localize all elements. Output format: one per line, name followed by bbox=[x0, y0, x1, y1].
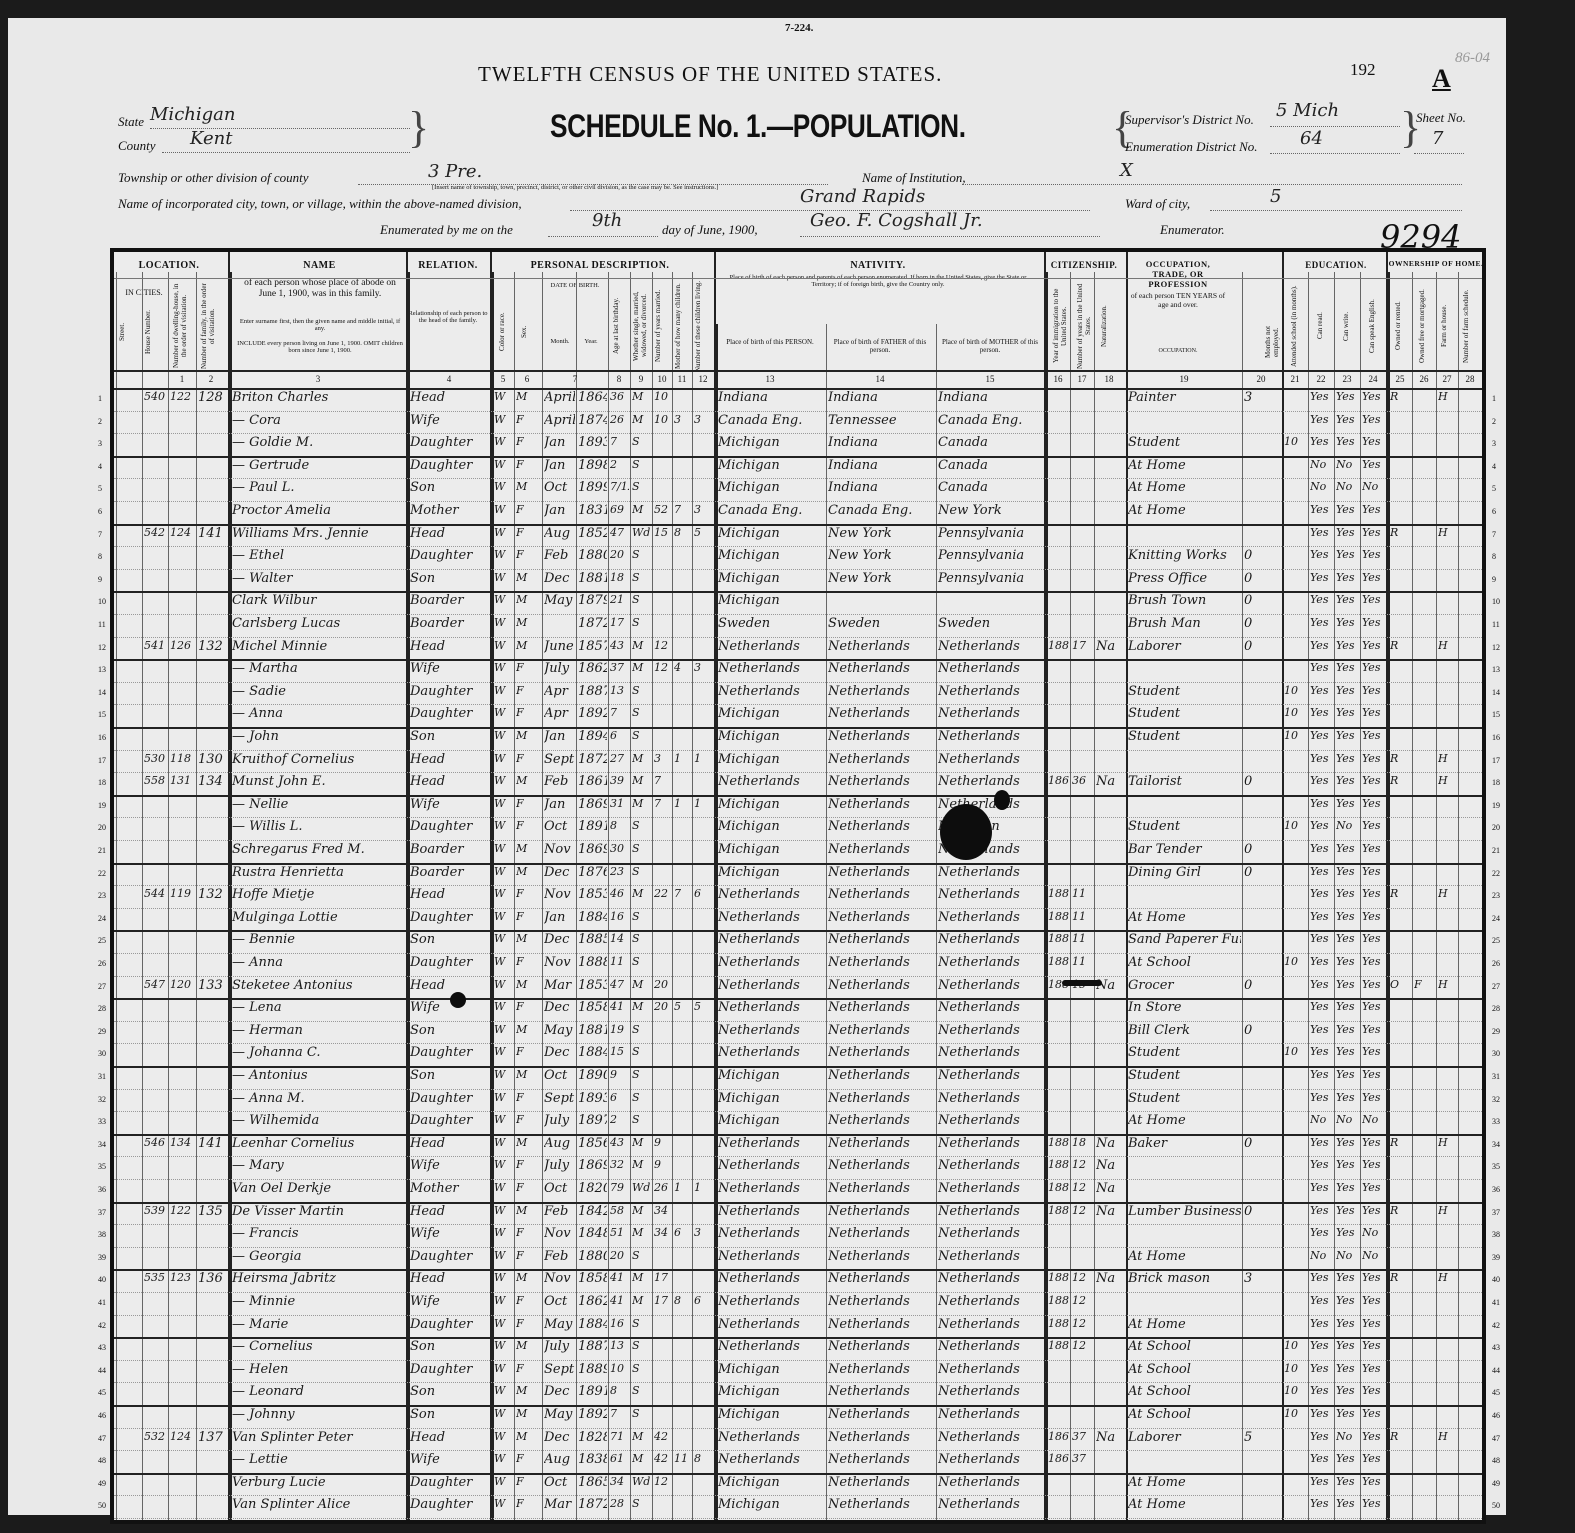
cell-age: 17 bbox=[610, 616, 629, 629]
cell-sex: F bbox=[516, 413, 539, 426]
enumerated-label-2: day of June, 1900, bbox=[662, 222, 758, 238]
cell-house: 544 bbox=[144, 887, 167, 900]
cell-mar: M bbox=[632, 1000, 651, 1013]
table-row: — WilhemidaDaughterWFJuly18972SMichiganN… bbox=[114, 1111, 1482, 1134]
cell-month: June bbox=[544, 639, 575, 654]
cell-write: Yes bbox=[1336, 1362, 1359, 1375]
cell-age: 23 bbox=[610, 865, 629, 878]
cell-house: 542 bbox=[144, 526, 167, 539]
cell-bp: Netherlands bbox=[718, 1136, 823, 1151]
cell-school: 10 bbox=[1284, 1045, 1307, 1058]
cell-mar: S bbox=[632, 616, 651, 629]
cell-bm: Netherlands bbox=[938, 1000, 1043, 1015]
cell-name: — Anna bbox=[232, 955, 405, 970]
table-row: — JohnSonWMJan18946SMichiganNetherlandsN… bbox=[114, 727, 1482, 750]
cell-read: Yes bbox=[1310, 1317, 1333, 1330]
line-number: 35 bbox=[1492, 1162, 1500, 1171]
cell-read: Yes bbox=[1310, 1475, 1333, 1488]
cell-month: April bbox=[544, 413, 575, 428]
township-note: [Insert name of township, town, precinct… bbox=[432, 184, 718, 191]
line-number-left: 15 bbox=[98, 710, 106, 719]
cell-bf: Netherlands bbox=[828, 887, 933, 902]
line-number: 44 bbox=[1492, 1366, 1500, 1375]
vheader-years-us: Number of years in the United States. bbox=[1076, 280, 1092, 372]
cell-age: 6 bbox=[610, 1091, 629, 1104]
line-number-left: 32 bbox=[98, 1095, 106, 1104]
cell-year: 1865 bbox=[578, 1475, 607, 1490]
cell-color: W bbox=[494, 1249, 513, 1262]
cell-read: Yes bbox=[1310, 1204, 1333, 1217]
cell-read: Yes bbox=[1310, 1430, 1333, 1443]
cell-own: R bbox=[1390, 390, 1411, 403]
cell-write: Yes bbox=[1336, 1226, 1359, 1239]
cell-yrs: 12 bbox=[1072, 1181, 1093, 1194]
cell-year: 1869 bbox=[578, 842, 607, 857]
line-number: 38 bbox=[1492, 1230, 1500, 1239]
vheader-immigration: Year of immigration to the United States… bbox=[1052, 280, 1068, 372]
cell-bf: New York bbox=[828, 548, 933, 563]
cell-color: W bbox=[494, 571, 513, 584]
cell-bf: Netherlands bbox=[828, 865, 933, 880]
cell-age: 7 bbox=[610, 706, 629, 719]
cell-read: No bbox=[1310, 1113, 1333, 1126]
cell-fam: 134 bbox=[198, 774, 225, 789]
cell-write: Yes bbox=[1336, 503, 1359, 516]
line-number-left: 29 bbox=[98, 1027, 106, 1036]
cell-name: — Mary bbox=[232, 1158, 405, 1173]
cell-year: 1881 bbox=[578, 571, 607, 586]
cell-name: — Walter bbox=[232, 571, 405, 586]
cell-ym: 15 bbox=[654, 526, 671, 539]
cell-write: Yes bbox=[1336, 616, 1359, 629]
cell-read: Yes bbox=[1310, 1000, 1333, 1013]
cell-fh: H bbox=[1438, 978, 1457, 991]
line-number: 25 bbox=[1492, 936, 1500, 945]
cell-mar: M bbox=[632, 774, 651, 787]
cell-bf: Netherlands bbox=[828, 1294, 933, 1309]
column-number: 19 bbox=[1126, 374, 1242, 384]
header-occupation-col: OCCUPATION. bbox=[1130, 348, 1226, 355]
cell-read: Yes bbox=[1310, 548, 1333, 561]
header-birth-person: Place of birth of this PERSON. bbox=[716, 338, 824, 346]
cell-age: 9 bbox=[610, 1068, 629, 1081]
cell-yrs: 11 bbox=[1072, 932, 1093, 945]
cell-occ: Knitting Works bbox=[1128, 548, 1241, 563]
cell-bp: Netherlands bbox=[718, 955, 823, 970]
line-number-left: 41 bbox=[98, 1298, 106, 1307]
ink-smear bbox=[1062, 980, 1102, 986]
cell-color: W bbox=[494, 797, 513, 810]
line-number: 46 bbox=[1492, 1411, 1500, 1420]
cell-bp: Michigan bbox=[718, 1384, 823, 1399]
cell-bf: Sweden bbox=[828, 616, 933, 631]
cell-color: W bbox=[494, 887, 513, 900]
cell-color: W bbox=[494, 413, 513, 426]
cell-fam: 135 bbox=[198, 1204, 225, 1219]
cell-bf: Indiana bbox=[828, 480, 933, 495]
cell-age: 41 bbox=[610, 1294, 629, 1307]
cell-write: Yes bbox=[1336, 1497, 1359, 1510]
cell-occ: Brick mason bbox=[1128, 1271, 1241, 1286]
cell-rel: Daughter bbox=[410, 1249, 489, 1264]
header-year: Year. bbox=[576, 338, 606, 345]
line-number-left: 34 bbox=[98, 1140, 106, 1149]
cell-bp: Netherlands bbox=[718, 1000, 823, 1015]
cell-mar: S bbox=[632, 1317, 651, 1330]
cell-year: 1898 bbox=[578, 458, 607, 473]
cell-house: 546 bbox=[144, 1136, 167, 1149]
cell-sex: F bbox=[516, 1226, 539, 1239]
line-number-left: 47 bbox=[98, 1434, 106, 1443]
table-row: — HelenDaughterWFSept188910SMichiganNeth… bbox=[114, 1360, 1482, 1383]
line-number-left: 2 bbox=[98, 417, 102, 426]
cell-fam: 128 bbox=[198, 390, 225, 405]
cell-name: Van Splinter Alice bbox=[232, 1497, 405, 1512]
cell-read: Yes bbox=[1310, 842, 1333, 855]
cell-ym: 26 bbox=[654, 1181, 671, 1194]
cell-age: 46 bbox=[610, 887, 629, 900]
header-nativity-desc: Place of birth of each person and parent… bbox=[720, 274, 1036, 289]
cell-mar: M bbox=[632, 413, 651, 426]
cell-sex: F bbox=[516, 503, 539, 516]
cell-rel: Daughter bbox=[410, 955, 489, 970]
cell-eng: Yes bbox=[1362, 1430, 1385, 1443]
cell-name: — Johnny bbox=[232, 1407, 405, 1422]
cell-yrs: 12 bbox=[1072, 1294, 1093, 1307]
cell-color: W bbox=[494, 955, 513, 968]
vheader-naturalization: Naturalization. bbox=[1100, 280, 1108, 372]
cell-eng: Yes bbox=[1362, 593, 1385, 606]
cell-fh: H bbox=[1438, 752, 1457, 765]
cell-sex: F bbox=[516, 1158, 539, 1171]
cell-mar: M bbox=[632, 978, 651, 991]
cell-rel: Head bbox=[410, 1204, 489, 1219]
cell-year: 1894 bbox=[578, 729, 607, 744]
cell-year: 1820 bbox=[578, 1181, 607, 1196]
table-row: — NellieWifeWFJan186931M711MichiganNethe… bbox=[114, 795, 1482, 818]
cell-occ: Student bbox=[1128, 435, 1241, 450]
cell-eng: Yes bbox=[1362, 1000, 1385, 1013]
cell-read: No bbox=[1310, 480, 1333, 493]
cell-name: — Johanna C. bbox=[232, 1045, 405, 1060]
cell-year: 1861 bbox=[578, 774, 607, 789]
cell-occ: Bill Clerk bbox=[1128, 1023, 1241, 1038]
cell-eng: Yes bbox=[1362, 910, 1385, 923]
cell-fh: H bbox=[1438, 1204, 1457, 1217]
line-number: 19 bbox=[1492, 801, 1500, 810]
cell-color: W bbox=[494, 684, 513, 697]
cell-write: No bbox=[1336, 458, 1359, 471]
cell-age: 69 bbox=[610, 503, 629, 516]
cell-bp: Netherlands bbox=[718, 661, 823, 676]
cell-bf: Netherlands bbox=[828, 1000, 933, 1015]
column-number: 5 bbox=[492, 374, 514, 384]
cell-dw: 124 bbox=[170, 1430, 195, 1443]
cell-occ: At Home bbox=[1128, 1475, 1241, 1490]
cell-unemp: 0 bbox=[1244, 1136, 1279, 1151]
cell-occ: Brush Man bbox=[1128, 616, 1241, 631]
ink-blot-small-2 bbox=[450, 992, 466, 1008]
cell-write: Yes bbox=[1336, 955, 1359, 968]
cell-read: Yes bbox=[1310, 503, 1333, 516]
cell-month: May bbox=[544, 1023, 575, 1038]
line-number-left: 12 bbox=[98, 643, 106, 652]
cell-write: No bbox=[1336, 480, 1359, 493]
cell-mo: 7 bbox=[674, 887, 691, 900]
cell-bm: Netherlands bbox=[938, 1294, 1043, 1309]
institution-value: X bbox=[1120, 160, 1133, 181]
cell-write: Yes bbox=[1336, 548, 1359, 561]
header-ownership: OWNERSHIP OF HOME. bbox=[1388, 260, 1484, 269]
cell-ch: 3 bbox=[694, 661, 713, 674]
cell-age: 2 bbox=[610, 1113, 629, 1126]
column-number: 18 bbox=[1094, 374, 1124, 384]
line-number-left: 8 bbox=[98, 552, 102, 561]
cell-bf: Netherlands bbox=[828, 752, 933, 767]
enumerated-day: 9th bbox=[592, 210, 622, 231]
cell-ym: 12 bbox=[654, 1475, 671, 1488]
cell-mo: 1 bbox=[674, 752, 691, 765]
line-number: 7 bbox=[1492, 530, 1496, 539]
table-row: — CorneliusSonWMJuly188713SNetherlandsNe… bbox=[114, 1337, 1482, 1360]
cell-sex: F bbox=[516, 458, 539, 471]
enumerator-line bbox=[800, 236, 1100, 237]
institution-line bbox=[962, 184, 1462, 185]
cell-read: Yes bbox=[1310, 797, 1333, 810]
line-number-left: 44 bbox=[98, 1366, 106, 1375]
cell-age: 79 bbox=[610, 1181, 629, 1194]
cell-bp: Michigan bbox=[718, 548, 823, 563]
line-number-left: 40 bbox=[98, 1275, 106, 1284]
cell-eng: Yes bbox=[1362, 1339, 1385, 1352]
cell-bf: Netherlands bbox=[828, 639, 933, 654]
cell-bf: Netherlands bbox=[828, 819, 933, 834]
line-number: 45 bbox=[1492, 1388, 1500, 1397]
header-birth-mother: Place of birth of MOTHER of this person. bbox=[936, 338, 1044, 354]
column-number: 15 bbox=[936, 374, 1044, 384]
cell-year: 1831 bbox=[578, 503, 607, 518]
city-label: Name of incorporated city, town, or vill… bbox=[118, 196, 522, 212]
cell-sex: F bbox=[516, 1249, 539, 1262]
cell-rel: Head bbox=[410, 774, 489, 789]
vheader-house: House Number. bbox=[144, 292, 152, 372]
table-row: — GertrudeDaughterWFJan18982SMichiganInd… bbox=[114, 456, 1482, 479]
cell-house: 541 bbox=[144, 639, 167, 652]
cell-age: 41 bbox=[610, 1000, 629, 1013]
cell-color: W bbox=[494, 1204, 513, 1217]
cell-year: 1891 bbox=[578, 1384, 607, 1399]
table-row: Proctor AmeliaMotherWFJan183169M5273Cana… bbox=[114, 501, 1482, 524]
vheader-children-living: Number of these children living. bbox=[694, 280, 702, 372]
cell-bm: Netherlands bbox=[938, 1271, 1043, 1286]
cell-bm: Netherlands bbox=[938, 1113, 1043, 1128]
cell-read: Yes bbox=[1310, 571, 1333, 584]
cell-mo: 1 bbox=[674, 797, 691, 810]
cell-own: R bbox=[1390, 752, 1411, 765]
cell-age: 7 bbox=[610, 1407, 629, 1420]
cell-school: 10 bbox=[1284, 1339, 1307, 1352]
cell-write: Yes bbox=[1336, 797, 1359, 810]
enumerator-name: Geo. F. Cogshall Jr. bbox=[810, 210, 983, 231]
line-number: 10 bbox=[1492, 597, 1500, 606]
cell-rel: Daughter bbox=[410, 684, 489, 699]
line-number: 42 bbox=[1492, 1321, 1500, 1330]
cell-mar: S bbox=[632, 1407, 651, 1420]
table-row: 541126132Michel MinnieHeadWMJune185743M1… bbox=[114, 637, 1482, 660]
cell-month: May bbox=[544, 1407, 575, 1422]
cell-bp: Michigan bbox=[718, 1091, 823, 1106]
cell-mar: Wd bbox=[632, 1475, 651, 1488]
township-value: 3 Pre. bbox=[428, 161, 482, 182]
cell-month: Mar bbox=[544, 1497, 575, 1512]
line-number-left: 19 bbox=[98, 801, 106, 810]
cell-bp: Netherlands bbox=[718, 1271, 823, 1286]
cell-write: Yes bbox=[1336, 887, 1359, 900]
cell-eng: Yes bbox=[1362, 887, 1385, 900]
cell-eng: Yes bbox=[1362, 435, 1385, 448]
cell-rel: Head bbox=[410, 390, 489, 405]
cell-bf: Netherlands bbox=[828, 729, 933, 744]
cell-year: 1872 bbox=[578, 752, 607, 767]
cell-bf: Netherlands bbox=[828, 910, 933, 925]
cell-mar: M bbox=[632, 1452, 651, 1465]
table-row: Carlsberg LucasBoarderWM187217SSwedenSwe… bbox=[114, 614, 1482, 637]
line-number: 20 bbox=[1492, 823, 1500, 832]
cell-bf: Netherlands bbox=[828, 774, 933, 789]
line-number: 9 bbox=[1492, 575, 1496, 584]
cell-month: Nov bbox=[544, 1271, 575, 1286]
cell-bp: Michigan bbox=[718, 593, 823, 608]
column-number: 28 bbox=[1458, 374, 1482, 384]
cell-name: — Georgia bbox=[232, 1249, 405, 1264]
cell-bp: Netherlands bbox=[718, 910, 823, 925]
cell-ym: 20 bbox=[654, 978, 671, 991]
cell-occ: Press Office bbox=[1128, 571, 1241, 586]
page-number: 192 bbox=[1350, 60, 1376, 80]
line-number: 41 bbox=[1492, 1298, 1500, 1307]
state-value: Michigan bbox=[150, 104, 235, 125]
cell-eng: Yes bbox=[1362, 978, 1385, 991]
cell-color: W bbox=[494, 819, 513, 832]
cell-house: 547 bbox=[144, 978, 167, 991]
cell-rel: Head bbox=[410, 978, 489, 993]
cell-occ: Student bbox=[1128, 1045, 1241, 1060]
cell-write: Yes bbox=[1336, 729, 1359, 742]
cell-yrs: 37 bbox=[1072, 1452, 1093, 1465]
cell-name: — Cornelius bbox=[232, 1339, 405, 1354]
cell-occ: Student bbox=[1128, 729, 1241, 744]
cell-read: Yes bbox=[1310, 661, 1333, 674]
cell-rel: Daughter bbox=[410, 1045, 489, 1060]
cell-name: — Willis L. bbox=[232, 819, 405, 834]
cell-eng: Yes bbox=[1362, 1023, 1385, 1036]
line-number: 33 bbox=[1492, 1117, 1500, 1126]
cell-yrs: 17 bbox=[1072, 639, 1093, 652]
township-label: Township or other division of county bbox=[118, 170, 309, 186]
brace-left: } bbox=[408, 102, 429, 153]
cell-bp: Netherlands bbox=[718, 932, 823, 947]
cell-bp: Michigan bbox=[718, 1113, 823, 1128]
cell-bf: Netherlands bbox=[828, 1249, 933, 1264]
ed-line bbox=[1270, 153, 1400, 154]
line-number: 28 bbox=[1492, 1004, 1500, 1013]
cell-color: W bbox=[494, 1475, 513, 1488]
cell-name: Munst John E. bbox=[232, 774, 405, 789]
cell-sex: F bbox=[516, 752, 539, 765]
line-number: 26 bbox=[1492, 959, 1500, 968]
cell-color: W bbox=[494, 1452, 513, 1465]
cell-read: Yes bbox=[1310, 1497, 1333, 1510]
cell-imm: 1883 bbox=[1048, 639, 1069, 652]
cell-mo: 8 bbox=[674, 1294, 691, 1307]
cell-eng: Yes bbox=[1362, 503, 1385, 516]
cell-bf: Netherlands bbox=[828, 1362, 933, 1377]
line-number-left: 48 bbox=[98, 1456, 106, 1465]
cell-read: Yes bbox=[1310, 706, 1333, 719]
county-line bbox=[162, 152, 410, 153]
cell-bp: Michigan bbox=[718, 571, 823, 586]
cell-sex: F bbox=[516, 1113, 539, 1126]
cell-name: — Leonard bbox=[232, 1384, 405, 1399]
cell-bm: New York bbox=[938, 503, 1043, 518]
cell-eng: Yes bbox=[1362, 548, 1385, 561]
cell-month: Dec bbox=[544, 1045, 575, 1060]
cell-year: 1869 bbox=[578, 1158, 607, 1173]
ed-value: 64 bbox=[1300, 128, 1323, 149]
cell-age: 58 bbox=[610, 1204, 629, 1217]
cell-bf: Netherlands bbox=[828, 1475, 933, 1490]
cell-read: Yes bbox=[1310, 729, 1333, 742]
cell-name: — Anna M. bbox=[232, 1091, 405, 1106]
cell-color: W bbox=[494, 1068, 513, 1081]
cell-color: W bbox=[494, 1181, 513, 1194]
cell-age: 31 bbox=[610, 797, 629, 810]
cell-bf: Netherlands bbox=[828, 1181, 933, 1196]
cell-name: Verburg Lucie bbox=[232, 1475, 405, 1490]
cell-name: Rustra Henrietta bbox=[232, 865, 405, 880]
cell-year: 1881 bbox=[578, 1023, 607, 1038]
cell-age: 10 bbox=[610, 1362, 629, 1375]
cell-name: Michel Minnie bbox=[232, 639, 405, 654]
cell-imm: 1863 bbox=[1048, 1452, 1069, 1465]
table-row: — MarieDaughterWFMay188416SNetherlandsNe… bbox=[114, 1315, 1482, 1338]
cell-name: Van Splinter Peter bbox=[232, 1430, 405, 1445]
cell-sex: F bbox=[516, 1497, 539, 1510]
cell-age: 36 bbox=[610, 390, 629, 403]
cell-read: Yes bbox=[1310, 1384, 1333, 1397]
cell-name: Hoffe Mietje bbox=[232, 887, 405, 902]
state-line bbox=[150, 128, 410, 129]
cell-bm: Netherlands bbox=[938, 1430, 1043, 1445]
column-number: 1 bbox=[168, 374, 196, 384]
table-row: 558131134Munst John E.HeadWMFeb186139M7N… bbox=[114, 772, 1482, 795]
cell-yrs: 12 bbox=[1072, 1271, 1093, 1284]
cell-own: R bbox=[1390, 774, 1411, 787]
cell-mo: 8 bbox=[674, 526, 691, 539]
cell-sex: M bbox=[516, 865, 539, 878]
cell-read: Yes bbox=[1310, 1226, 1333, 1239]
vheader-mother-of: Mother of how many children. bbox=[674, 280, 682, 372]
cell-mar: S bbox=[632, 548, 651, 561]
cell-rel: Mother bbox=[410, 1181, 489, 1196]
column-number: 10 bbox=[652, 374, 672, 384]
cell-name: — Ethel bbox=[232, 548, 405, 563]
line-number: 18 bbox=[1492, 778, 1500, 787]
column-number: 2 bbox=[196, 374, 226, 384]
table-row: — GeorgiaDaughterWFFeb188020SNetherlands… bbox=[114, 1247, 1482, 1270]
cell-unemp: 0 bbox=[1244, 865, 1279, 880]
cell-bm: Netherlands bbox=[938, 1339, 1043, 1354]
